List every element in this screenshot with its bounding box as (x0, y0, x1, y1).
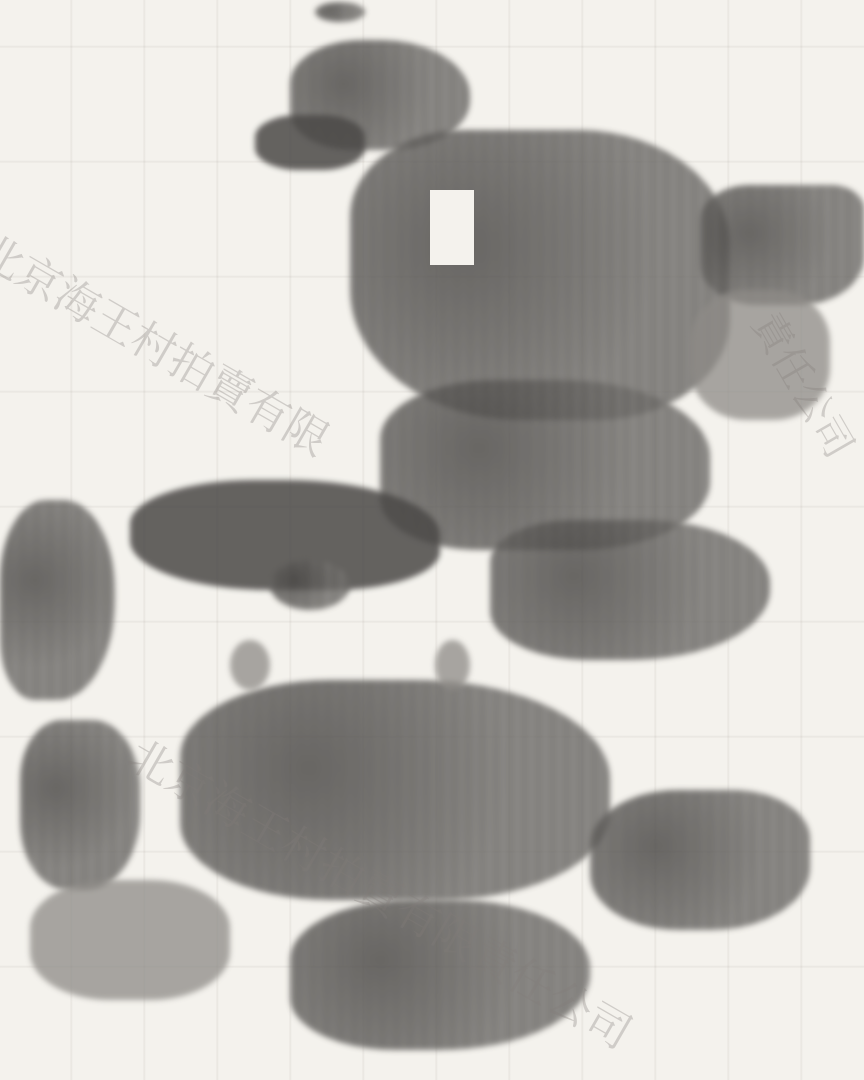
blank-window (430, 190, 474, 265)
watermark-text: 北京海王村拍賣有限 (0, 215, 343, 468)
ink-fragment (700, 185, 864, 305)
ink-fragment (230, 640, 270, 690)
ink-fragment (435, 640, 470, 690)
ink-fragment (590, 790, 810, 930)
ink-fragment (350, 130, 730, 420)
ink-fragment (0, 500, 115, 700)
ink-fragment (20, 720, 140, 890)
ink-fragment (270, 560, 350, 610)
ink-fragment (315, 2, 365, 22)
ink-fragment (255, 115, 365, 170)
rubbing-paper: 北京海王村拍賣有限 北京海王村拍賣有限責任公司 責任公司 (0, 0, 864, 1080)
ink-fragment (30, 880, 230, 1000)
ink-fragment (490, 520, 770, 660)
